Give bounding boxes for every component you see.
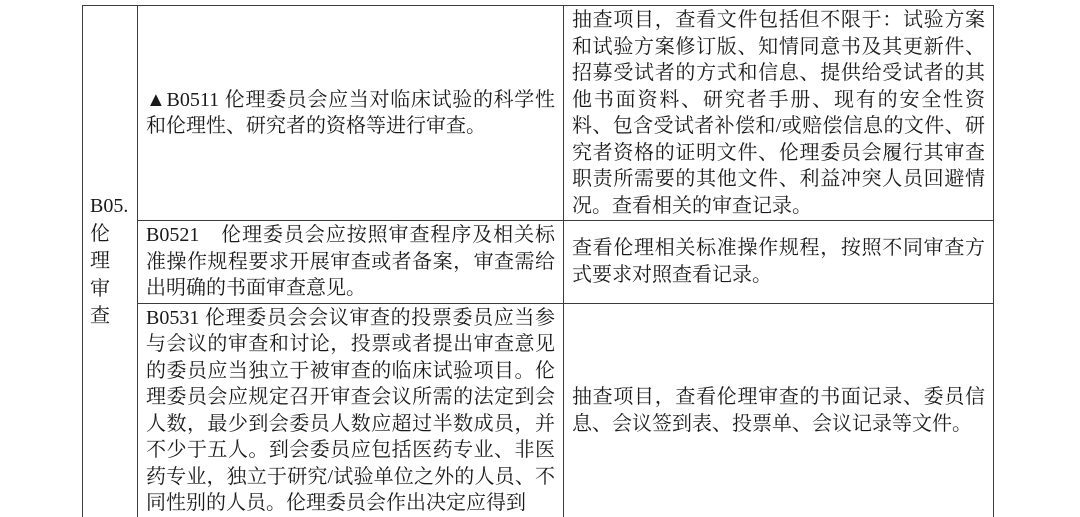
method-cell-b0521: 查看伦理相关标准操作规程，按照不同审查方式要求对照查看记录。 [564, 221, 994, 304]
item-cell-b0521: B0521 伦理委员会应按照审查程序及相关标准操作规程要求开展审查或者备案，审查… [138, 221, 564, 304]
table-row-b0511: B05. 伦 理 审 查 ▲B0511 伦理委员会应当对临床试验的科学性和伦理性… [83, 6, 994, 221]
category-label: B05. 伦 理 审 查 [90, 193, 133, 331]
method-text-b0521: 查看伦理相关标准操作规程，按照不同审查方式要求对照查看记录。 [572, 235, 985, 288]
method-text-b0511: 抽查项目，查看文件包括但不限于：试验方案和试验方案修订版、知情同意书及其更新件、… [572, 7, 985, 219]
ethics-review-table: B05. 伦 理 审 查 ▲B0511 伦理委员会应当对临床试验的科学性和伦理性… [82, 5, 994, 517]
table-row-b0531: B0531 伦理委员会会议审查的投票委员应当参与会议的审查和讨论，投票或者提出审… [83, 303, 994, 517]
method-cell-b0511: 抽查项目，查看文件包括但不限于：试验方案和试验方案修订版、知情同意书及其更新件、… [564, 6, 994, 221]
item-cell-b0511: ▲B0511 伦理委员会应当对临床试验的科学性和伦理性、研究者的资格等进行审查。 [138, 6, 564, 221]
item-text-b0521: B0521 伦理委员会应按照审查程序及相关标准操作规程要求开展审查或者备案，审查… [146, 222, 555, 302]
method-text-b0531: 抽查项目，查看伦理审查的书面记录、委员信息、会议签到表、投票单、会议记录等文件。 [572, 384, 985, 437]
method-cell-b0531: 抽查项目，查看伦理审查的书面记录、委员信息、会议签到表、投票单、会议记录等文件。 [564, 303, 994, 517]
document-page: B05. 伦 理 审 查 ▲B0511 伦理委员会应当对临床试验的科学性和伦理性… [0, 0, 1080, 517]
item-text-b0531: B0531 伦理委员会会议审查的投票委员应当参与会议的审查和讨论，投票或者提出审… [146, 305, 555, 517]
item-cell-b0531: B0531 伦理委员会会议审查的投票委员应当参与会议的审查和讨论，投票或者提出审… [138, 303, 564, 517]
item-text-b0511: ▲B0511 伦理委员会应当对临床试验的科学性和伦理性、研究者的资格等进行审查。 [146, 87, 555, 140]
table-row-b0521: B0521 伦理委员会应按照审查程序及相关标准操作规程要求开展审查或者备案，审查… [83, 221, 994, 304]
category-cell-b05: B05. 伦 理 审 查 [83, 6, 138, 517]
